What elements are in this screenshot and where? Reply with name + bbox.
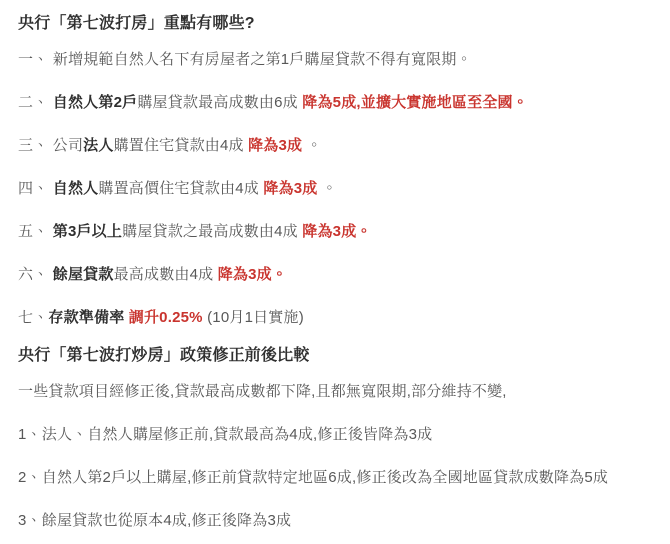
text-segment: 購屋貸款之最高成數由4成 <box>122 223 302 240</box>
text-segment: (10月1日實施) <box>203 309 304 326</box>
policy-point-3: 三、 公司法人購置住宅貸款由4成 降為3成 。 <box>18 135 646 156</box>
text-segment-highlight: 降為3成。 <box>302 223 371 240</box>
text-segment: 購屋貸款最高成數由6成 <box>137 94 302 111</box>
text-segment-emphasis: 存款準備率 <box>48 309 128 326</box>
text-segment-highlight: 降為3成 <box>248 137 302 154</box>
text-segment: 3、餘屋貸款也從原本4成,修正後降為3成 <box>18 512 291 529</box>
text-segment: 一、 新增規範自然人名下有房屋者之第1戶購屋貸款不得有寬限期。 <box>18 51 472 68</box>
policy-point-2: 二、 自然人第2戶購屋貸款最高成數由6成 降為5成,並擴大實施地區至全國。 <box>18 92 646 113</box>
text-segment: 三、 公司 <box>18 137 83 154</box>
text-segment: 六、 <box>18 266 53 283</box>
policy-point-6: 六、 餘屋貸款最高成數由4成 降為3成。 <box>18 264 646 285</box>
comparison-point-3: 3、餘屋貸款也從原本4成,修正後降為3成 <box>18 510 646 531</box>
text-segment-highlight: 降為3成 <box>263 180 317 197</box>
comparison-point-1: 1、法人、自然人購屋修正前,貸款最高為4成,修正後皆降為3成 <box>18 424 646 445</box>
text-segment: 二、 <box>18 94 53 111</box>
text-segment: 四、 <box>18 180 53 197</box>
text-segment: 五、 <box>18 223 53 240</box>
text-segment-emphasis: 第3戶以上 <box>53 223 122 240</box>
text-segment: 。 <box>302 137 322 154</box>
text-segment-emphasis: 餘屋貸款 <box>53 266 114 283</box>
policy-point-7: 七、存款準備率 調升0.25% (10月1日實施) <box>18 307 646 328</box>
text-segment: 。 <box>317 180 337 197</box>
text-segment: 2、自然人第2戶以上購屋,修正前貸款特定地區6成,修正後改為全國地區貸款成數降為… <box>18 469 608 486</box>
policy-point-5: 五、 第3戶以上購屋貸款之最高成數由4成 降為3成。 <box>18 221 646 242</box>
text-segment-emphasis: 法人 <box>83 137 113 154</box>
text-segment-highlight: 降為5成,並擴大實施地區至全國。 <box>302 94 528 111</box>
text-segment: 購置住宅貸款由4成 <box>114 137 249 154</box>
section1-title: 央行「第七波打房」重點有哪些? <box>18 13 646 35</box>
text-segment-highlight: 降為3成。 <box>218 266 287 283</box>
text-segment-emphasis: 自然人第2戶 <box>53 94 138 111</box>
text-segment-emphasis: 自然人 <box>53 180 99 197</box>
policy-point-4: 四、 自然人購置高價住宅貸款由4成 降為3成 。 <box>18 178 646 199</box>
text-segment: 一些貸款項目經修正後,貸款最高成數都下降,且都無寬限期,部分維持不變, <box>18 383 507 400</box>
article-body: 央行「第七波打房」重點有哪些? 一、 新增規範自然人名下有房屋者之第1戶購屋貸款… <box>0 0 670 544</box>
text-segment-highlight: 調升0.25% <box>129 309 203 326</box>
text-segment: 最高成數由4成 <box>114 266 218 283</box>
comparison-intro: 一些貸款項目經修正後,貸款最高成數都下降,且都無寬限期,部分維持不變, <box>18 381 646 402</box>
text-segment: 1、法人、自然人購屋修正前,貸款最高為4成,修正後皆降為3成 <box>18 426 432 443</box>
text-segment: 購置高價住宅貸款由4成 <box>98 180 263 197</box>
text-segment: 七、 <box>18 309 48 326</box>
policy-point-1: 一、 新增規範自然人名下有房屋者之第1戶購屋貸款不得有寬限期。 <box>18 49 646 70</box>
section2-title: 央行「第七波打炒房」政策修正前後比較 <box>18 345 646 367</box>
comparison-point-2: 2、自然人第2戶以上購屋,修正前貸款特定地區6成,修正後改為全國地區貸款成數降為… <box>18 467 646 488</box>
